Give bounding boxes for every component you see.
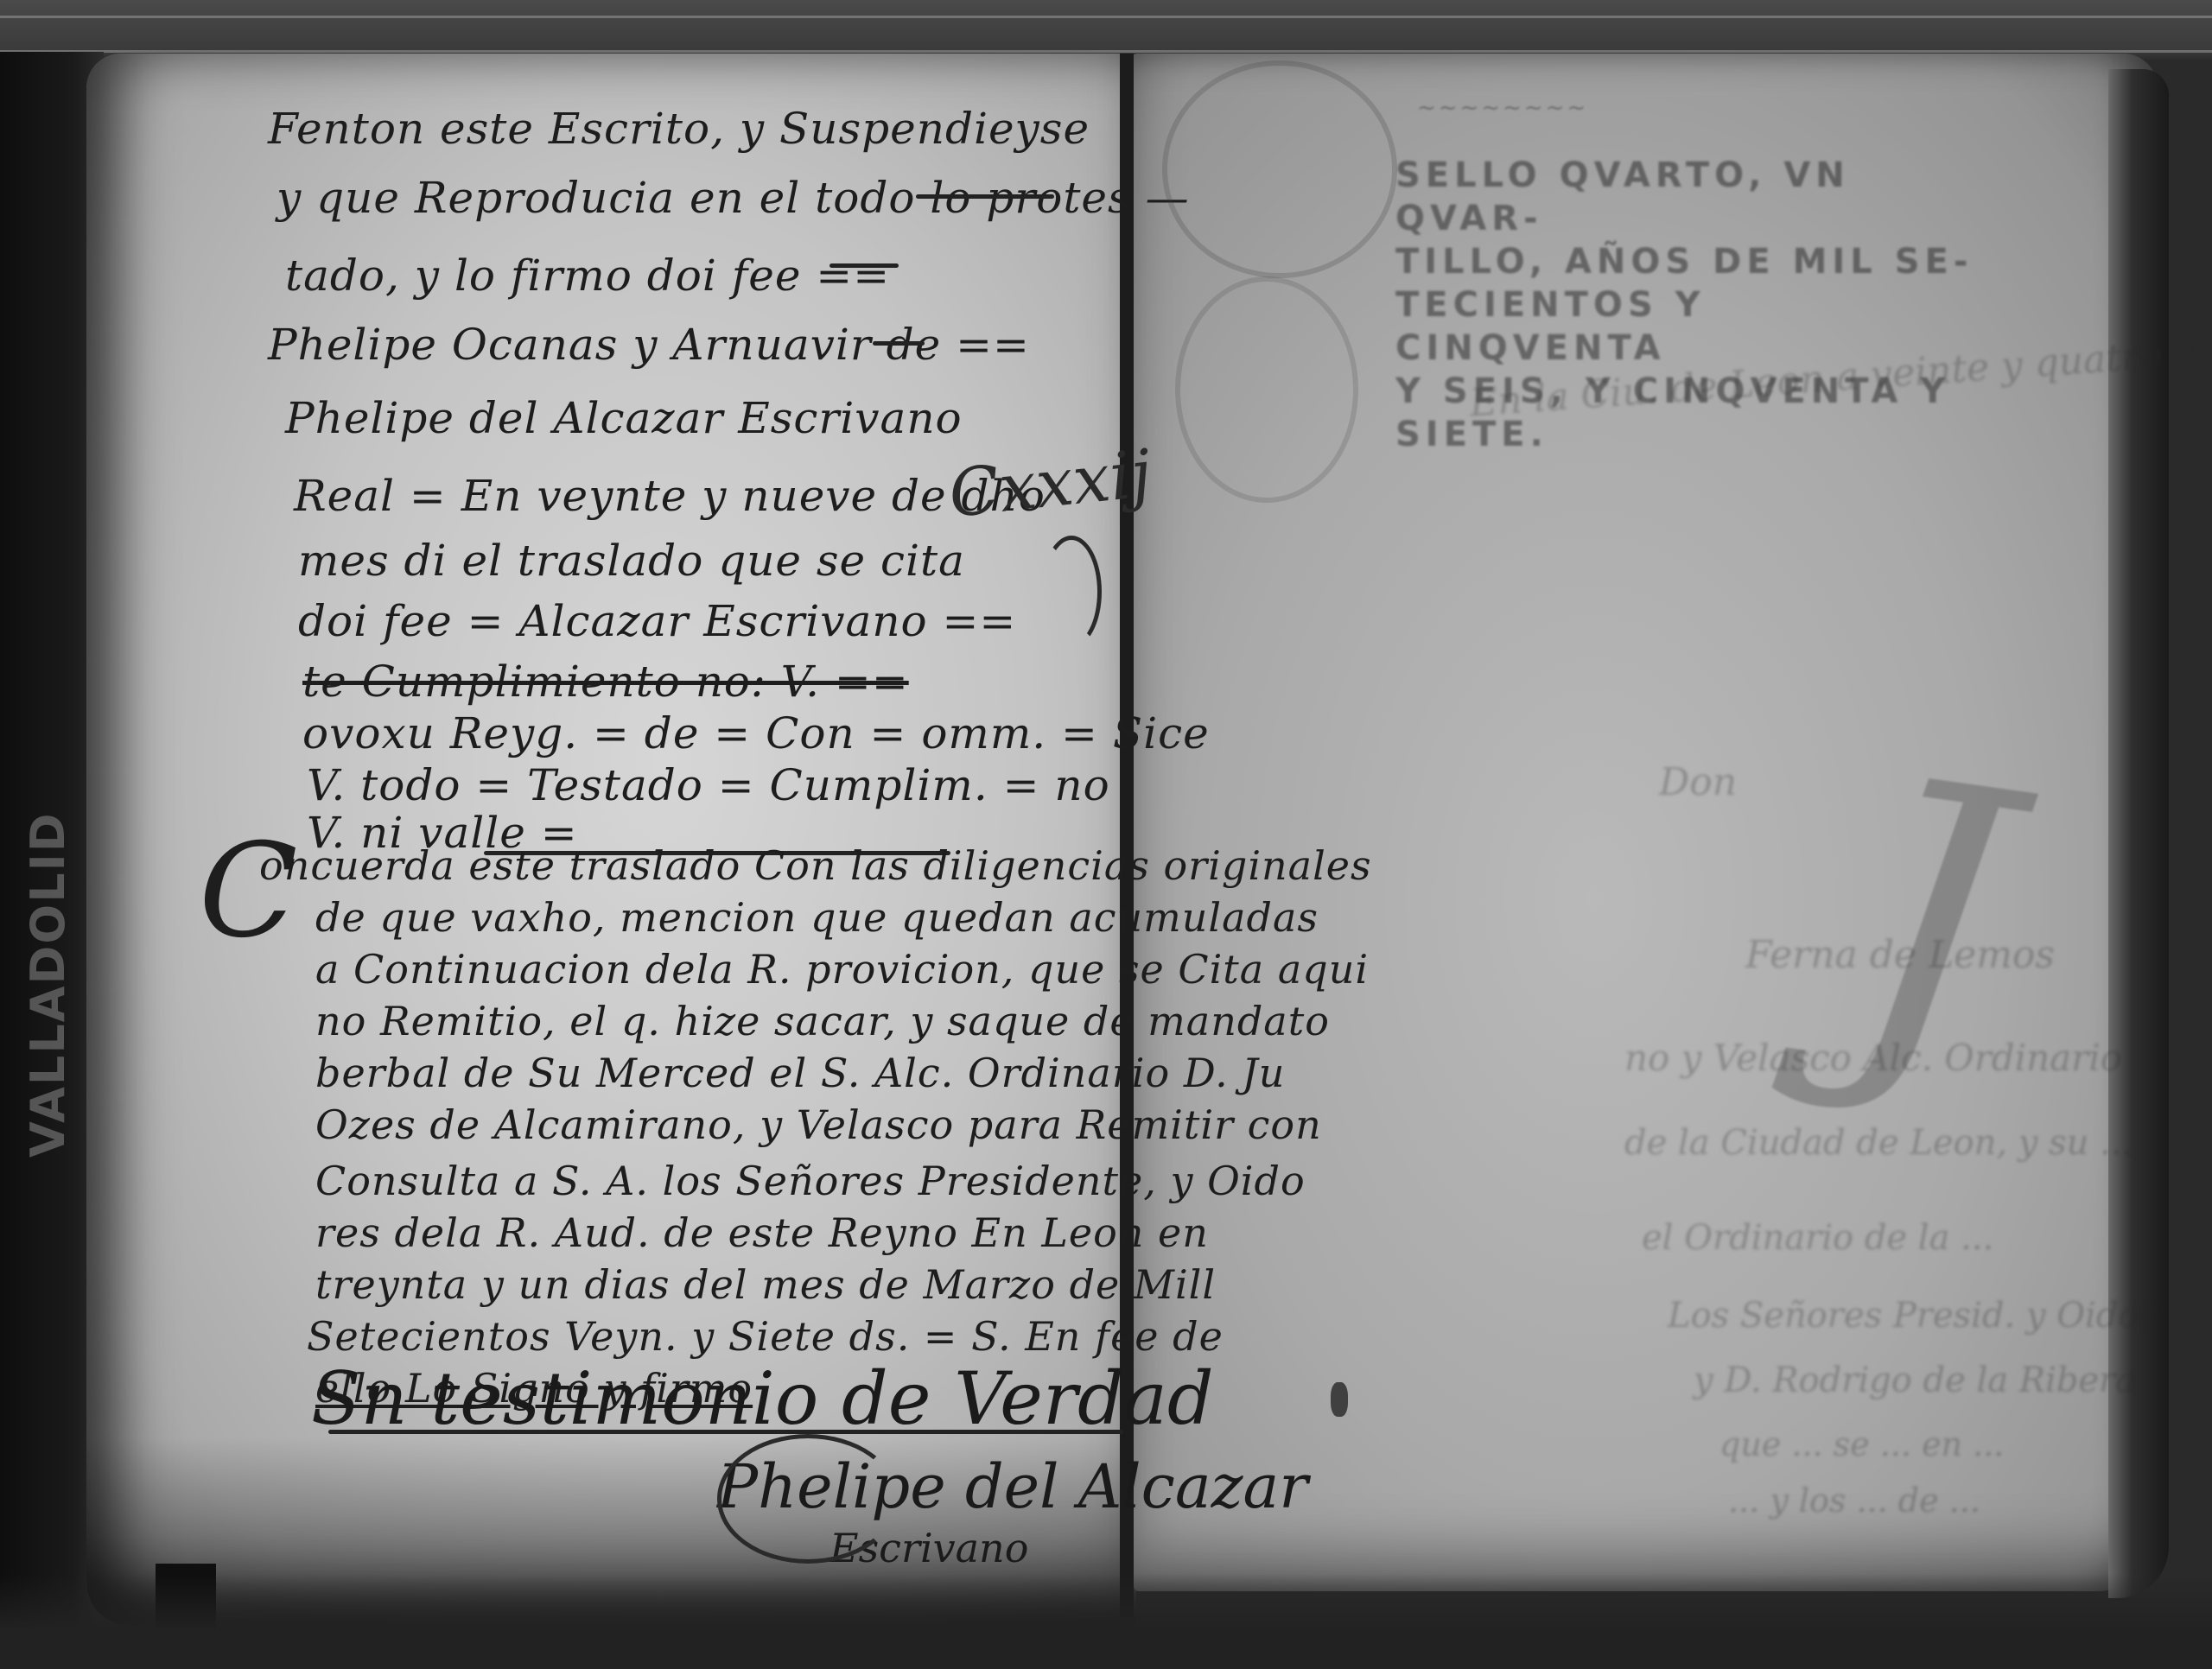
line-filler-dash (873, 341, 925, 346)
faint-line: Los Señores Presid. y Oidor (1668, 1296, 2156, 1336)
manuscript-line: tado, y lo firmo doi fee == (285, 251, 890, 301)
bottom-shadow (0, 1574, 2212, 1669)
faint-line: Don (1659, 760, 1737, 804)
printed-header-top: ~~~~~~~~ (1417, 95, 1588, 121)
manuscript-line: treynta y un dias del mes de Marzo de Mi… (315, 1261, 1216, 1308)
faint-line: de la Ciudad de Leon, y su ... (1624, 1123, 2133, 1163)
faint-line: ... y los ... de ... (1728, 1482, 1980, 1520)
manuscript-line: Setecientos Veyn. y Siete ds. = S. En fe… (307, 1313, 1224, 1360)
manuscript-line: Ozes de Alcamirano, y Velasco para Remit… (315, 1101, 1322, 1148)
manuscript-line: V. todo = Testado = Cumplim. = no (307, 760, 1110, 810)
manuscript-line: no Remitio, el q. hize sacar, y saque de… (315, 998, 1330, 1044)
line-filler-dash (829, 263, 899, 268)
manuscript-line: berbal de Su Merced el S. Alc. Ordinario… (315, 1050, 1285, 1096)
edge-tab-label: VALLADOLID (22, 864, 74, 1158)
faint-line: el Ordinario de la ... (1642, 1218, 1993, 1258)
signature-rubric (717, 1434, 899, 1564)
manuscript-line: mes di el traslado que se cita (298, 536, 965, 586)
manuscript-line: ovoxu Reyg. = de = Con = omm. = Sice (302, 708, 1210, 758)
manuscript-line: Phelipe del Alcazar Escrivano (285, 393, 963, 443)
manuscript-line: res dela R. Aud. de este Reyno En Leon e… (315, 1209, 1209, 1256)
faint-line: y D. Rodrigo de la Ribera (1694, 1361, 2136, 1400)
header-line: TILLO, AÑOS DE MIL SE- (1395, 240, 1992, 283)
manuscript-line: Real = En veynte y nueve de dho (294, 471, 1046, 521)
manuscript-line: de que vaxho, mencion que quedan acumula… (315, 894, 1319, 941)
stamp-seal-outline (1175, 276, 1358, 503)
manuscript-line: Fenton este Escrito, y Suspendieyse (268, 104, 1090, 154)
stamp-seal-outline (1162, 60, 1397, 278)
paragraph-initial: C (199, 816, 298, 967)
manuscript-line: Consulta a S. A. los Señores Presidente,… (315, 1158, 1306, 1204)
testimony-closing: Sn testimonio de Verdad (311, 1356, 1214, 1441)
margin-flourish (1041, 536, 1102, 648)
faint-line: que ... se ... en ... (1719, 1425, 2004, 1463)
manuscript-line: oncuerda este traslado Con las diligenci… (259, 842, 1372, 889)
header-line: SELLO QVARTO, VN QVAR- (1395, 154, 1992, 240)
line-filler-dash (916, 194, 1054, 199)
closing-rule (328, 1430, 1123, 1434)
manuscript-line-struck: te Cumplimiento no: V. == (302, 657, 909, 707)
manuscript-line: doi fee = Alcazar Escrivano == (298, 596, 1016, 646)
film-scratch-line (0, 16, 2212, 18)
manuscript-line: a Continuacion dela R. provicion, que se… (315, 946, 1369, 993)
ink-spot (1331, 1382, 1348, 1417)
film-scratch-line (0, 50, 2212, 53)
